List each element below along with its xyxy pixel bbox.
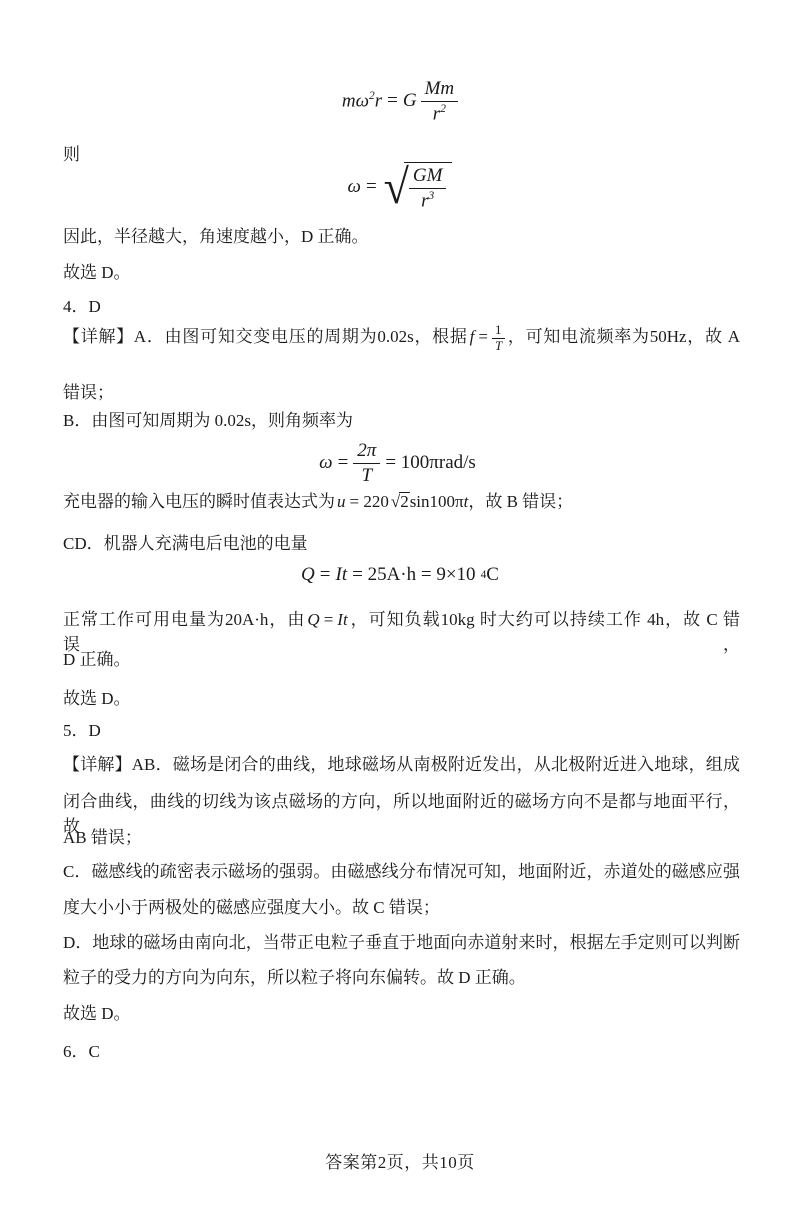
fraction-denominator: r3 xyxy=(409,188,447,212)
paragraph-q5-d-line2: 粒子的受力的方向为向东，所以粒子将向东偏转。故 D 正确。 xyxy=(63,963,526,988)
text-segment: 【详解】A．由图可知交变电压的周期为0.02s，根据 xyxy=(63,327,468,346)
math-var-Q: Q xyxy=(307,610,319,629)
equals-sign: = xyxy=(324,610,334,629)
paragraph-conclusion-q3: 因此，半径越大，角速度越小，D 正确。 xyxy=(63,222,369,247)
paragraph-q4-detail-a: 【详解】A．由图可知交变电压的周期为0.02s，根据f=1T，可知电流频率为50… xyxy=(63,322,740,354)
square-root: √ GM r3 xyxy=(384,162,453,212)
formula-lhs: mω2r xyxy=(342,90,382,112)
formula-angular-frequency: ω = 2π T = 100πrad/s xyxy=(0,440,800,487)
equals-sign: = xyxy=(338,452,349,474)
fraction-denominator: r2 xyxy=(421,101,459,125)
paragraph-q5-ab-line3: AB 错误； xyxy=(63,823,142,848)
text-segment: 充电器的输入电压的瞬时值表达式为 xyxy=(63,492,335,511)
answer-q4: 4．D xyxy=(63,292,101,317)
fraction-GM-r3: GM r3 xyxy=(409,165,447,212)
inline-fraction-1-T: 1T xyxy=(492,323,505,354)
math-var-G: G xyxy=(403,90,417,112)
equals-sign: = xyxy=(387,90,398,112)
math-var-omega: ω xyxy=(348,176,361,198)
math-var-u: u xyxy=(337,492,346,511)
equals-segment: = 220 xyxy=(350,492,389,511)
math-var-f: f xyxy=(470,327,475,346)
fraction-numerator: 1 xyxy=(492,323,505,338)
text-segment: ，可知电流频率为50Hz，故 A xyxy=(507,327,740,346)
math-var-It: It xyxy=(336,564,348,586)
equals-sign: = xyxy=(478,327,488,346)
math-var: r xyxy=(375,91,382,112)
answer-sheet-page: mω2r = G Mm r2 则 ω = √ GM r3 因此，半径越大，角速度… xyxy=(0,0,800,1222)
radicand: GM r3 xyxy=(404,162,453,212)
equals-sign: = xyxy=(320,564,331,586)
equals-sign: = xyxy=(366,176,377,198)
paragraph-choice-q3: 故选 D。 xyxy=(63,258,131,283)
text-segment: 正常工作可用电量为20A·h，由 xyxy=(63,610,305,629)
paragraph-choice-q4: 故选 D。 xyxy=(63,684,131,709)
square-root-2: √2 xyxy=(391,492,410,511)
paragraph-q4-normal-cont: D 正确。 xyxy=(63,645,131,670)
formula-result: = 100πrad/s xyxy=(385,452,476,474)
formula-angular-velocity-root: ω = √ GM r3 xyxy=(0,162,800,212)
fraction-numerator: 2π xyxy=(353,440,380,463)
paragraph-q4-charger: 充电器的输入电压的瞬时值表达式为u= 220√2sin100πt，故 B 错误； xyxy=(63,487,573,512)
fraction-denominator: T xyxy=(353,463,380,486)
text-segment: ，故 B 错误； xyxy=(468,492,573,511)
paragraph-q5-ab-line1: 【详解】AB．磁场是闭合的曲线，地球磁场从南极附近发出，从北极附近进入地球，组成 xyxy=(63,750,740,775)
answer-q5: 5．D xyxy=(63,716,101,741)
math-var-omega: ω xyxy=(319,452,332,474)
math-var: mω xyxy=(342,91,369,112)
radical-sign-icon: √ xyxy=(384,164,409,210)
sin-term: sin100π xyxy=(410,492,464,511)
formula-charge: Q = It = 25A·h = 9×104C xyxy=(0,564,800,586)
fraction-Mm-r2: Mm r2 xyxy=(421,78,459,125)
paragraph-q5-c-line2: 度大小小于两极处的磁感应强度大小。故 C 错误； xyxy=(63,893,440,918)
paragraph-q4-detail-b: B．由图可知周期为 0.02s，则角频率为 xyxy=(63,406,353,431)
fraction-denominator: T xyxy=(492,338,505,354)
math-var-It: It xyxy=(337,610,347,629)
fraction-2pi-T: 2π T xyxy=(353,440,380,487)
fraction-numerator: Mm xyxy=(421,78,459,101)
paragraph-q5-ab-line2: 闭合曲线，曲线的切线为该点磁场的方向，所以地面附近的磁场方向不是都与地面平行，故 xyxy=(63,787,740,837)
math-var-Q: Q xyxy=(301,564,315,586)
paragraph-q4-normal-work: 正常工作可用电量为20A·h，由Q=It，可知负载10kg 时大约可以持续工作 … xyxy=(63,605,740,655)
formula-result: = 25A·h = 9×10 xyxy=(352,564,475,586)
radicand: 2 xyxy=(399,492,410,511)
unit-C: C xyxy=(486,564,499,586)
paragraph-q4-detail-a-cont: 错误； xyxy=(63,378,114,403)
fraction-numerator: GM xyxy=(409,165,447,188)
formula-gravitation: mω2r = G Mm r2 xyxy=(0,78,800,125)
paragraph-q4-detail-cd: CD．机器人充满电后电池的电量 xyxy=(63,529,308,554)
answer-q6: 6．C xyxy=(63,1037,100,1062)
page-footer: 答案第2页，共10页 xyxy=(0,1148,800,1173)
paragraph-q5-d-line1: D．地球的磁场由南向北，当带正电粒子垂直于地面向赤道射来时，根据左手定则可以判断 xyxy=(63,928,740,953)
paragraph-choice-q5: 故选 D。 xyxy=(63,999,131,1024)
paragraph-q5-c-line1: C．磁感线的疏密表示磁场的强弱。由磁感线分布情况可知，地面附近，赤道处的磁感应强 xyxy=(63,857,740,882)
